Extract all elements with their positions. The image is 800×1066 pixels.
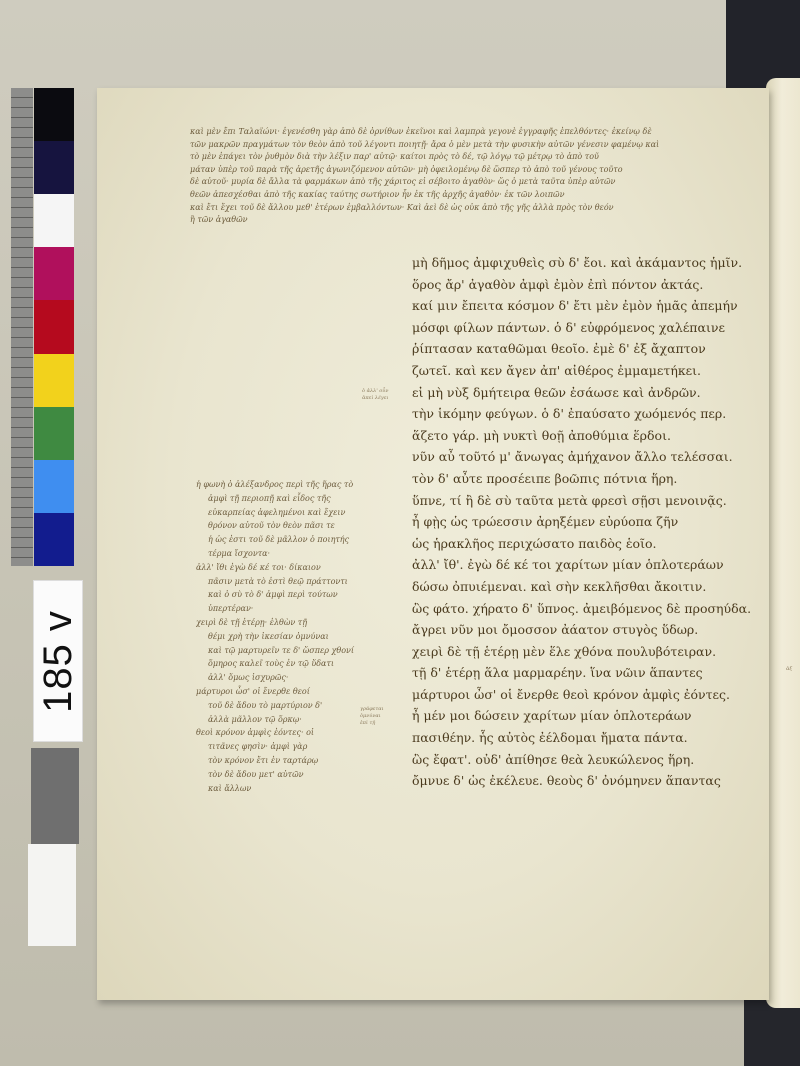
text-line: τὸν δ' αὖτε προσέειπε βοῶπις πότνια ἥρη. bbox=[412, 468, 764, 490]
scholia-line: τὸν δὲ ἄδου μετ' αὐτῶν bbox=[196, 768, 396, 782]
scholia-line: μάταν ὑπὲρ τοῦ παρὰ τῆς ἀρετῆς ἀγωνιζόμε… bbox=[190, 164, 750, 177]
scholia-line: τέρμα ἴσχοντα· bbox=[196, 547, 396, 561]
scholia-line: τιτᾶνες φησὶν· ἀμφὶ γὰρ bbox=[196, 740, 396, 754]
scholia-line: καὶ ἔτι ἔχει τοῦ δὲ ἄλλου μεθ' ἑτέρων ἐμ… bbox=[190, 202, 750, 215]
text-line-content: χειρὶ δὲ τῇ ἑτέρῃ μὲν ἕλε χθόνα πουλυβότ… bbox=[412, 644, 716, 659]
text-line: νῦν αὖ τοῦτό μ' ἄνωγας ἀμήχανον ἄλλο τελ… bbox=[412, 446, 764, 468]
scholia-line: ἡ ὡς ἐστι τοῦ δὲ μᾶλλον ὁ ποιητής bbox=[196, 533, 396, 547]
swatch-black bbox=[34, 88, 74, 141]
scholia-line: ἡ φωνὴ ὁ ἀλέξανδρος περὶ τῆς ἥρας τὸ bbox=[196, 478, 396, 492]
text-line: ἦ φῂς ὡς τρώεσσιν ἀρηξέμεν εὐρύοπα ζῆν bbox=[412, 511, 764, 533]
grey-reference-block bbox=[31, 748, 79, 844]
text-line-content: τὸν δ' αὖτε προσέειπε βοῶπις πότνια ἥρη. bbox=[412, 471, 677, 486]
scholia-line: καὶ τῷ μαρτυρεῖν τε δ' ὥσπερ χθονί bbox=[196, 644, 396, 658]
left-scholia: ἡ φωνὴ ὁ ἀλέξανδρος περὶ τῆς ἥρας τὸἀμφὶ… bbox=[196, 478, 396, 795]
swatch-magenta bbox=[34, 247, 74, 300]
scholia-line: τὸ μὲν ἐπάγει τὸν ῥυθμὸν διὰ τὴν λέξιν π… bbox=[190, 151, 750, 164]
marginal-gloss: ὁ ἀλλ' οὖν ἀπεὶ λέγει bbox=[362, 388, 398, 402]
swatch-dark-navy bbox=[34, 141, 74, 194]
scholia-line: θέμι χρὴ τὴν ἱκεσίαν ὀμνύναι bbox=[196, 630, 396, 644]
text-line-content: ὣς φάτο. χήρατο δ' ὕπνος. ἀμειβόμενος δὲ… bbox=[412, 601, 751, 616]
scholia-line: τὸν κρόνον ἔτι ἐν ταρτάρῳ bbox=[196, 754, 396, 768]
text-line-content: εἰ μὴ νὺξ δμήτειρα θεῶν ἐσάωσε καὶ ἀνδρῶ… bbox=[412, 385, 701, 400]
text-line: ἦ μέν μοι δώσειν χαρίτων μίαν ὁπλοτεράων bbox=[412, 705, 764, 727]
scholia-line: θεῶν ἀπεσχέσθαι ἀπὸ τῆς κακίας ταύτης σω… bbox=[190, 189, 750, 202]
scholia-line: δὲ αὐτοῦ· μυρία δὲ ἄλλα τὰ φαρμάκων ἀπὸ … bbox=[190, 176, 750, 189]
scholia-line: ἢ τῶν ἀγαθῶν bbox=[190, 214, 750, 227]
text-line: ζωτεῖ. καὶ κεν ἄγεν ἀπ' αἰθέρος ἐμμαμετή… bbox=[412, 360, 764, 382]
text-line: πασιθέην. ἧς αὐτὸς ἐέλδομαι ἤματα πάντα. bbox=[412, 727, 764, 749]
swatch-blue bbox=[34, 513, 74, 566]
text-line-content: καί μιν ἔπειτα κόσμον δ' ἔτι μὲν ἐμὸν ἡμ… bbox=[412, 298, 738, 313]
text-line-content: ὅρος ἄρ' ἀγαθὸν ἀμφὶ ἐμὸν ἐπὶ πόντον ἀκτ… bbox=[412, 277, 703, 292]
text-line-content: τὴν ἱκόμην φεύγων. ὁ δ' ἐπαύσατο χωόμενό… bbox=[412, 406, 726, 421]
text-line-content: μάρτυροι ὦσ' οἱ ἔνερθε θεοὶ κρόνον ἀμφὶς… bbox=[412, 687, 730, 702]
top-scholia: καὶ μὲν ἔπι Ταλαϊώνι· ἐγενέσθη γὰρ ἀπὸ δ… bbox=[190, 126, 750, 227]
scholia-line: πᾶσιν μετὰ τὸ ἐστὶ θεῷ πράττοντι bbox=[196, 575, 396, 589]
marginal-gloss: γράφεται ὀμνύναι ἐπὶ τῇ bbox=[360, 706, 390, 727]
text-line: ὣς φάτο. χήρατο δ' ὕπνος. ἀμειβόμενος δὲ… bbox=[412, 598, 764, 620]
text-line: μὴ δῆμος ἀμφιχυθεὶς σὺ δ' ἔοι. καὶ ἀκάμα… bbox=[412, 252, 764, 274]
text-line: μόσφι φίλων πάντων. ὁ δ' εὐφρόμενος χαλέ… bbox=[412, 317, 764, 339]
folio-label: 185 v bbox=[33, 580, 83, 742]
text-line-content: μόσφι φίλων πάντων. ὁ δ' εὐφρόμενος χαλέ… bbox=[412, 320, 725, 335]
text-line: ὄμνυε δ' ὡς ἐκέλευε. θεοὺς δ' ὀνόμηνεν ἅ… bbox=[412, 770, 764, 792]
text-line-content: ὡς ἡρακλῆος περιχώσατο παιδὸς ἑοῖο. bbox=[412, 536, 656, 551]
scholia-line: μάρτυροι ὦσ' οἱ ἔνερθε θεοί bbox=[196, 685, 396, 699]
text-line: ὡς ἡρακλῆος περιχώσατο παιδὸς ἑοῖο. bbox=[412, 533, 764, 555]
text-line: ὅρος ἄρ' ἀγαθὸν ἀμφὶ ἐμὸν ἐπὶ πόντον ἀκτ… bbox=[412, 274, 764, 296]
text-line-content: ἅζετο γάρ. μὴ νυκτὶ θοῇ ἀποθύμια ἕρδοι. bbox=[412, 428, 671, 443]
text-line: ›χειρὶ δὲ τῇ ἑτέρῃ μὲν ἕλε χθόνα πουλυβό… bbox=[412, 641, 764, 663]
text-line: ὣς ἔφατ'. οὐδ' ἀπίθησε θεὰ λευκώλενος ἥρ… bbox=[412, 749, 764, 771]
color-swatches bbox=[34, 88, 74, 566]
text-line: τῇ δ' ἑτέρῃ ἅλα μαρμαρέην. ἵνα νῶιν ἅπαν… bbox=[412, 662, 764, 684]
text-line-content: ὕπνε, τί ἢ δὲ σὺ ταῦτα μετὰ φρεσὶ σῇσι μ… bbox=[412, 493, 727, 508]
text-line: καί μιν ἔπειτα κόσμον δ' ἔτι μὲν ἐμὸν ἡμ… bbox=[412, 295, 764, 317]
text-line-content: ὄμνυε δ' ὡς ἐκέλευε. θεοὺς δ' ὀνόμηνεν ἅ… bbox=[412, 773, 721, 788]
swatch-yellow bbox=[34, 354, 74, 407]
text-line: δώσω ὀπυιέμεναι. καὶ σὴν κεκλῆσθαι ἄκοιτ… bbox=[412, 576, 764, 598]
text-line-content: τῇ δ' ἑτέρῃ ἅλα μαρμαρέην. ἵνα νῶιν ἅπαν… bbox=[412, 665, 703, 680]
scholia-line: χειρὶ δὲ τῇ ἑτέρῃ· ἐλθὼν τῇ bbox=[196, 616, 396, 630]
swatch-cyan-blue bbox=[34, 460, 74, 513]
swatch-green bbox=[34, 407, 74, 460]
text-line-content: ἦ μέν μοι δώσειν χαρίτων μίαν ὁπλοτεράων bbox=[412, 708, 692, 723]
text-line: ῥίπτασαν καταθῶμαι θεοῖο. ἐμὲ δ' ἐξ ἄχαπ… bbox=[412, 338, 764, 360]
scholia-line: ἀμφὶ τῇ περιοπῇ καὶ εἶδος τῆς bbox=[196, 492, 396, 506]
swatch-white bbox=[34, 194, 74, 247]
text-line-content: ἄγρει νῦν μοι ὄμοσσον ἀάατον στυγὸς ὕδωρ… bbox=[412, 622, 698, 637]
text-line-content: δώσω ὀπυιέμεναι. καὶ σὴν κεκλῆσθαι ἄκοιτ… bbox=[412, 579, 706, 594]
scholia-line: τῶν μακρῶν πραγμάτων τὸν θεὸν ἀπὸ τοῦ λέ… bbox=[190, 139, 750, 152]
main-text-column: μὴ δῆμος ἀμφιχυθεὶς σὺ δ' ἔοι. καὶ ἀκάμα… bbox=[412, 252, 764, 792]
scholia-line: καὶ ὁ σὺ τὸ δ' ἀμφὶ περὶ τούτων bbox=[196, 588, 396, 602]
color-calibration-bar bbox=[11, 88, 74, 566]
text-line-content: ἀλλ' ἴθ'. ἐγὼ δέ κέ τοι χαρίτων μίαν ὁπλ… bbox=[412, 557, 724, 572]
text-line-content: ζωτεῖ. καὶ κεν ἄγεν ἀπ' αἰθέρος ἐμμαμετή… bbox=[412, 363, 701, 378]
scholia-line: εὐκαρπείας ἀφελημένοι καὶ ἔχειν bbox=[196, 506, 396, 520]
text-line: ἄγρει νῦν μοι ὄμοσσον ἀάατον στυγὸς ὕδωρ… bbox=[412, 619, 764, 641]
text-line: ὕπνε, τί ἢ δὲ σὺ ταῦτα μετὰ φρεσὶ σῇσι μ… bbox=[412, 490, 764, 512]
folio-number: 185 v bbox=[36, 610, 81, 713]
scholia-line: ὑπερτέραν· bbox=[196, 602, 396, 616]
marginal-gloss: ἀξ bbox=[786, 666, 800, 673]
text-line: ›ἀλλ' ἴθ'. ἐγὼ δέ κέ τοι χαρίτων μίαν ὁπ… bbox=[412, 554, 764, 576]
scholia-line: καὶ ἄλλων bbox=[196, 782, 396, 796]
text-line-content: ῥίπτασαν καταθῶμαι θεοῖο. ἐμὲ δ' ἐξ ἄχαπ… bbox=[412, 341, 706, 356]
swatch-red bbox=[34, 300, 74, 353]
scholia-line: θεοὶ κρόνον ἀμφὶς ἐόντες· οἱ bbox=[196, 726, 396, 740]
text-line-content: πασιθέην. ἧς αὐτὸς ἐέλδομαι ἤματα πάντα. bbox=[412, 730, 688, 745]
measuring-ruler bbox=[11, 88, 33, 566]
scholia-line: καὶ μὲν ἔπι Ταλαϊώνι· ἐγενέσθη γὰρ ἀπὸ δ… bbox=[190, 126, 750, 139]
scholia-line: θρόνον αὐτοῦ τὸν θεὸν πᾶσι τε bbox=[196, 519, 396, 533]
text-line-content: ὣς ἔφατ'. οὐδ' ἀπίθησε θεὰ λευκώλενος ἥρ… bbox=[412, 752, 694, 767]
scholia-line: ἀλλ' ὅμως ἰσχυρῶς· bbox=[196, 671, 396, 685]
text-line: ἅζετο γάρ. μὴ νυκτὶ θοῇ ἀποθύμια ἕρδοι. bbox=[412, 425, 764, 447]
text-line-content: νῦν αὖ τοῦτό μ' ἄνωγας ἀμήχανον ἄλλο τελ… bbox=[412, 449, 733, 464]
scholia-line: ὅμηρος καλεῖ τοὺς ἐν τῷ ὕδατι bbox=[196, 657, 396, 671]
text-line-content: ἦ φῂς ὡς τρώεσσιν ἀρηξέμεν εὐρύοπα ζῆν bbox=[412, 514, 678, 529]
text-line: ›μάρτυροι ὦσ' οἱ ἔνερθε θεοὶ κρόνον ἀμφὶ… bbox=[412, 684, 764, 706]
text-line: εἰ μὴ νὺξ δμήτειρα θεῶν ἐσάωσε καὶ ἀνδρῶ… bbox=[412, 382, 764, 404]
next-page-edge bbox=[766, 78, 800, 1008]
text-line: τὴν ἱκόμην φεύγων. ὁ δ' ἐπαύσατο χωόμενό… bbox=[412, 403, 764, 425]
text-line-content: μὴ δῆμος ἀμφιχυθεὶς σὺ δ' ἔοι. καὶ ἀκάμα… bbox=[412, 255, 742, 270]
white-reference-block bbox=[28, 844, 76, 946]
scholia-line: ἀλλ' ἴθι ἐγὼ δέ κέ τοι· δίκαιον bbox=[196, 561, 396, 575]
